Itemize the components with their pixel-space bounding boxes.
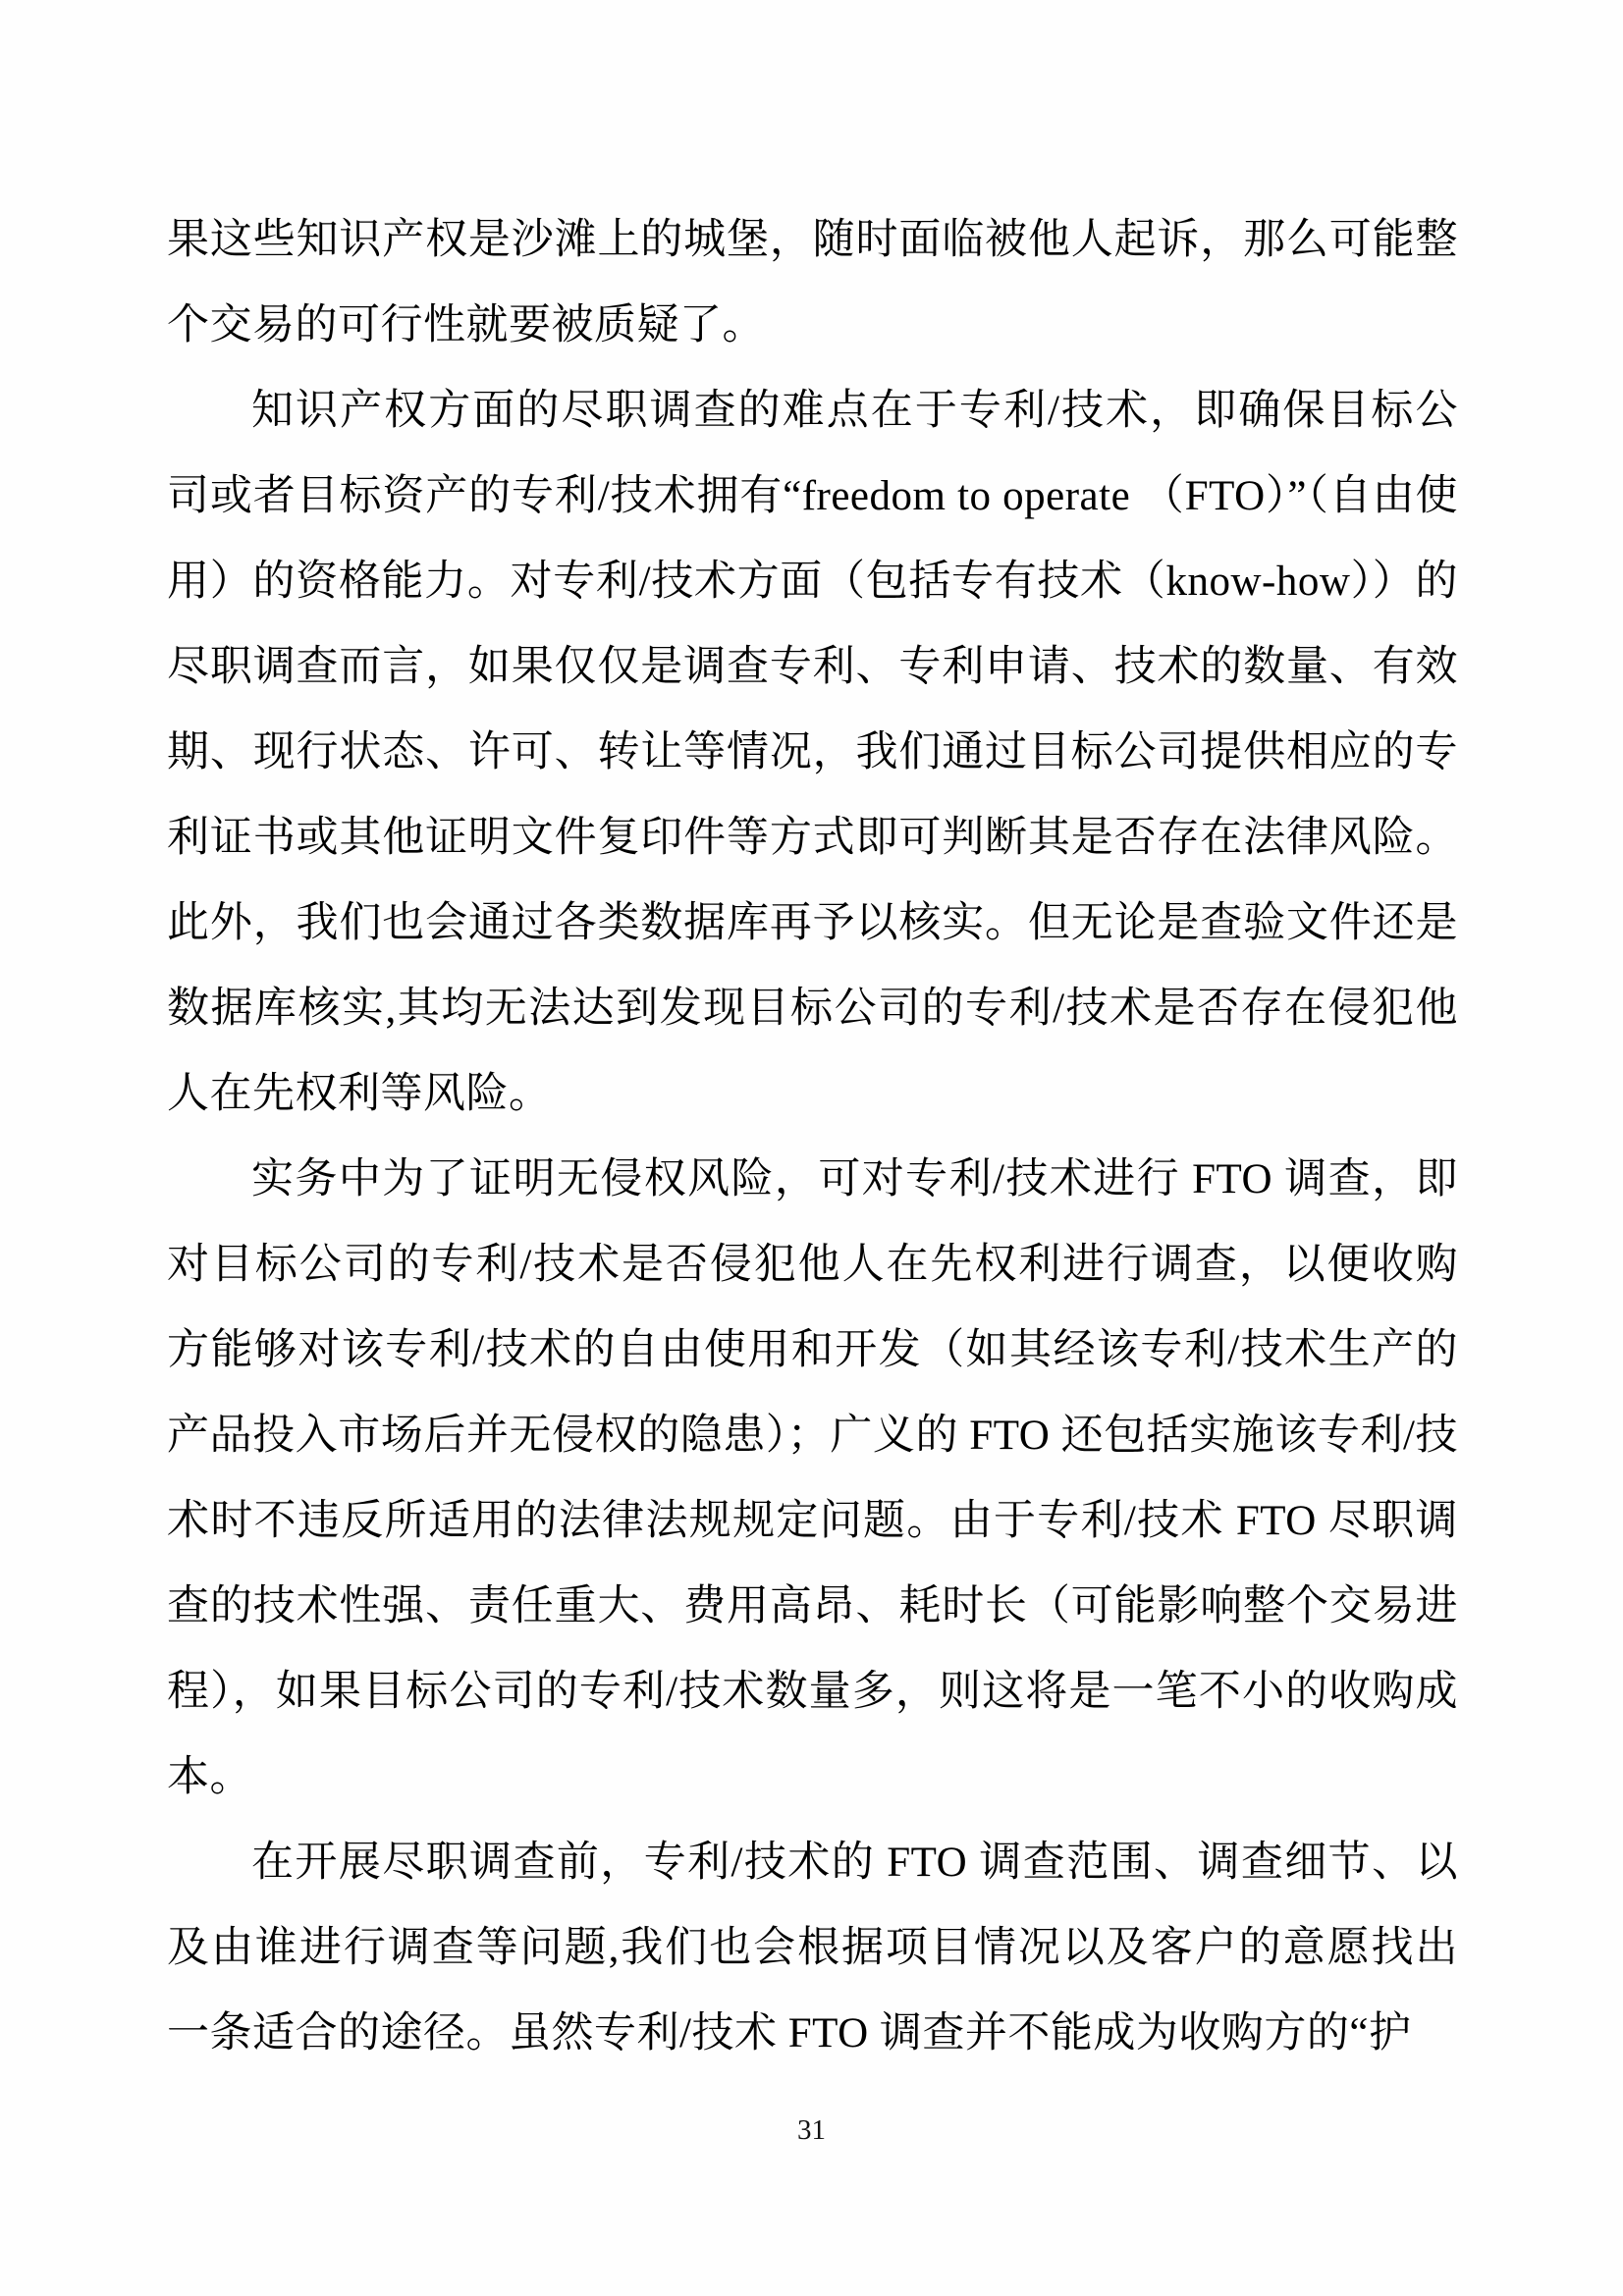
document-page: 果这些知识产权是沙滩上的城堡，随时面临被他人起诉，那么可能整个交易的可行性就要被… xyxy=(0,0,1623,2296)
paragraph: 知识产权方面的尽职调查的难点在于专利/技术，即确保目标公司或者目标资产的专利/技… xyxy=(167,368,1458,1137)
paragraph: 果这些知识产权是沙滩上的城堡，随时面临被他人起诉，那么可能整个交易的可行性就要被… xyxy=(167,197,1458,368)
paragraph: 实务中为了证明无侵权风险，可对专利/技术进行 FTO 调查，即对目标公司的专利/… xyxy=(167,1137,1458,1820)
page-number: 31 xyxy=(797,2114,826,2146)
page-body: 果这些知识产权是沙滩上的城堡，随时面临被他人起诉，那么可能整个交易的可行性就要被… xyxy=(167,197,1458,2076)
paragraph: 在开展尽职调查前，专利/技术的 FTO 调查范围、调查细节、以及由谁进行调查等问… xyxy=(167,1820,1458,2076)
page-footer: 31 xyxy=(0,2110,1623,2150)
